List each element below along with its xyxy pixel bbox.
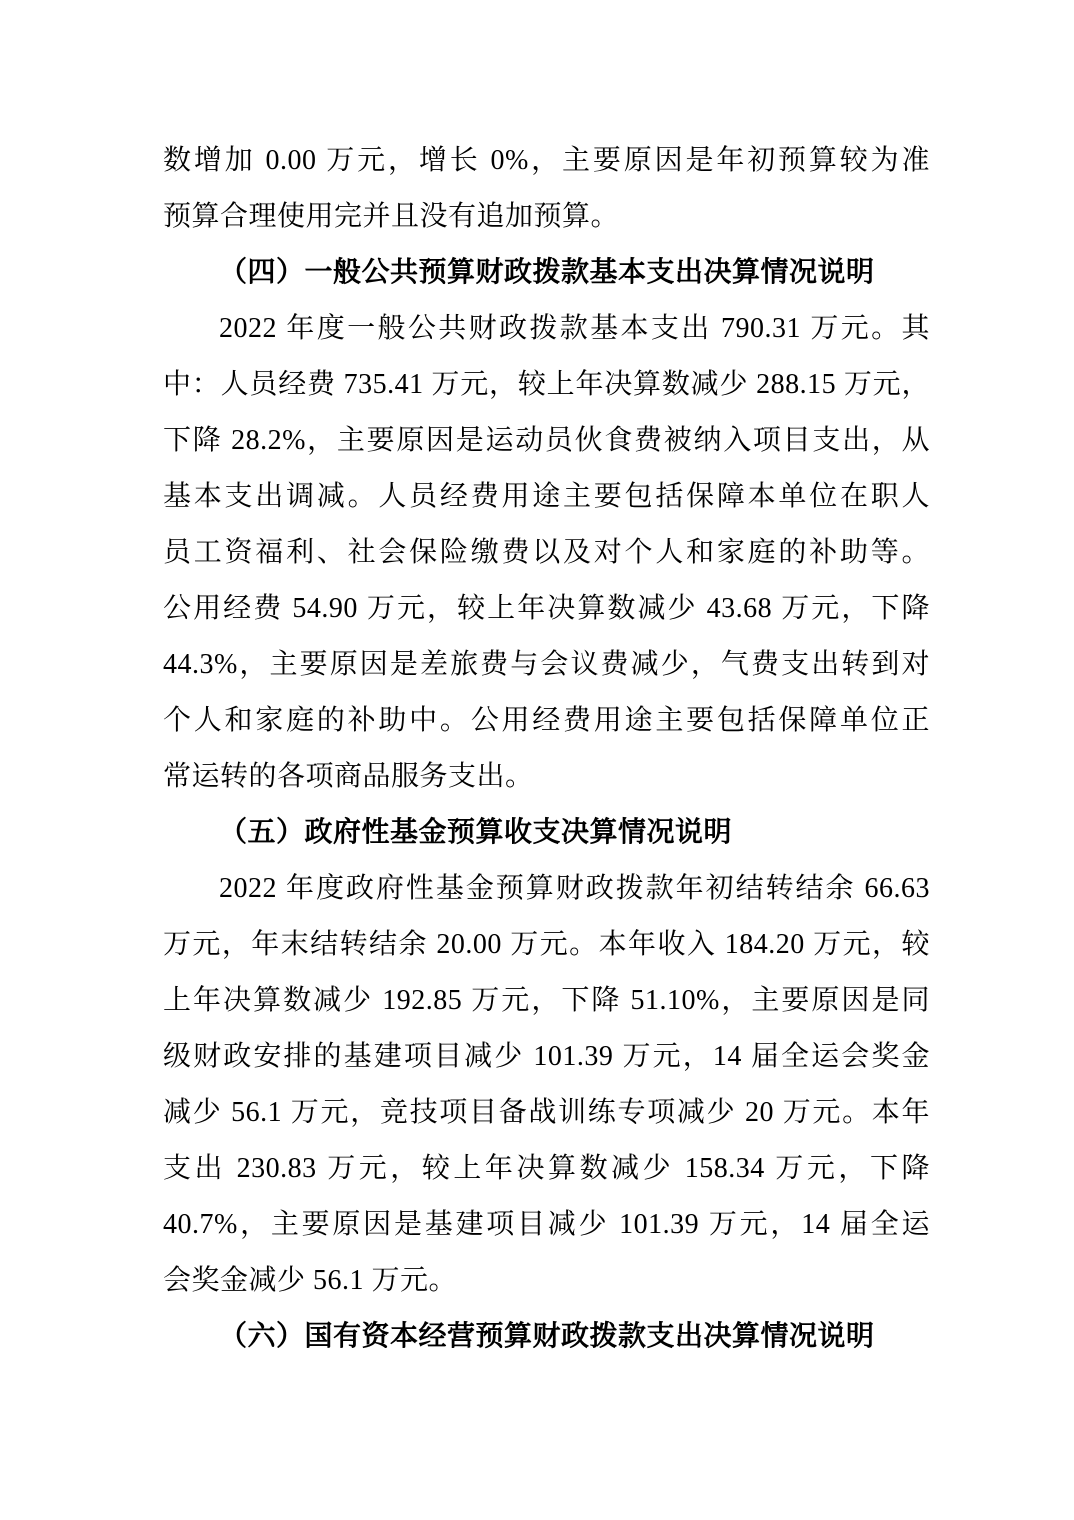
section-heading: （六）国有资本经营预算财政拨款支出决算情况说明 xyxy=(163,1309,930,1365)
document-page: 数增加 0.00 万元，增长 0%，主要原因是年初预算较为准确，预算合理使用完并… xyxy=(0,0,1074,1520)
text-line: 中：人员经费 735.41 万元，较上年决算数减少 288.15 万元， xyxy=(163,357,930,413)
text-line: 减少 56.1 万元，竞技项目备战训练专项减少 20 万元。本年 xyxy=(163,1085,930,1141)
text-line: 公用经费 54.90 万元，较上年决算数减少 43.68 万元，下降 xyxy=(163,581,930,637)
text-line: 常运转的各项商品服务支出。 xyxy=(163,749,930,805)
text-line: 个人和家庭的补助中。公用经费用途主要包括保障单位正 xyxy=(163,693,930,749)
section-heading: （五）政府性基金预算收支决算情况说明 xyxy=(163,805,930,861)
text-line: 级财政安排的基建项目减少 101.39 万元，14 届全运会奖金 xyxy=(163,1029,930,1085)
document-body: 数增加 0.00 万元，增长 0%，主要原因是年初预算较为准确，预算合理使用完并… xyxy=(163,133,930,1365)
section-heading: （四）一般公共预算财政拨款基本支出决算情况说明 xyxy=(163,245,930,301)
text-line: 44.3%，主要原因是差旅费与会议费减少，气费支出转到对 xyxy=(163,637,930,693)
text-line: 2022 年度一般公共财政拨款基本支出 790.31 万元。其 xyxy=(163,301,930,357)
text-line: 下降 28.2%，主要原因是运动员伙食费被纳入项目支出，从 xyxy=(163,413,930,469)
text-line: 员工资福利、社会保险缴费以及对个人和家庭的补助等。 xyxy=(163,525,930,581)
text-line: 40.7%，主要原因是基建项目减少 101.39 万元，14 届全运 xyxy=(163,1197,930,1253)
text-line: 基本支出调减。人员经费用途主要包括保障本单位在职人 xyxy=(163,469,930,525)
text-line: 上年决算数减少 192.85 万元，下降 51.10%，主要原因是同 xyxy=(163,973,930,1029)
text-line: 万元，年末结转结余 20.00 万元。本年收入 184.20 万元，较 xyxy=(163,917,930,973)
text-line: 会奖金减少 56.1 万元。 xyxy=(163,1253,930,1309)
text-line: 数增加 0.00 万元，增长 0%，主要原因是年初预算较为准确， xyxy=(163,133,930,189)
text-line: 2022 年度政府性基金预算财政拨款年初结转结余 66.63 xyxy=(163,861,930,917)
text-line: 预算合理使用完并且没有追加预算。 xyxy=(163,189,930,245)
text-line: 支出 230.83 万元，较上年决算数减少 158.34 万元，下降 xyxy=(163,1141,930,1197)
